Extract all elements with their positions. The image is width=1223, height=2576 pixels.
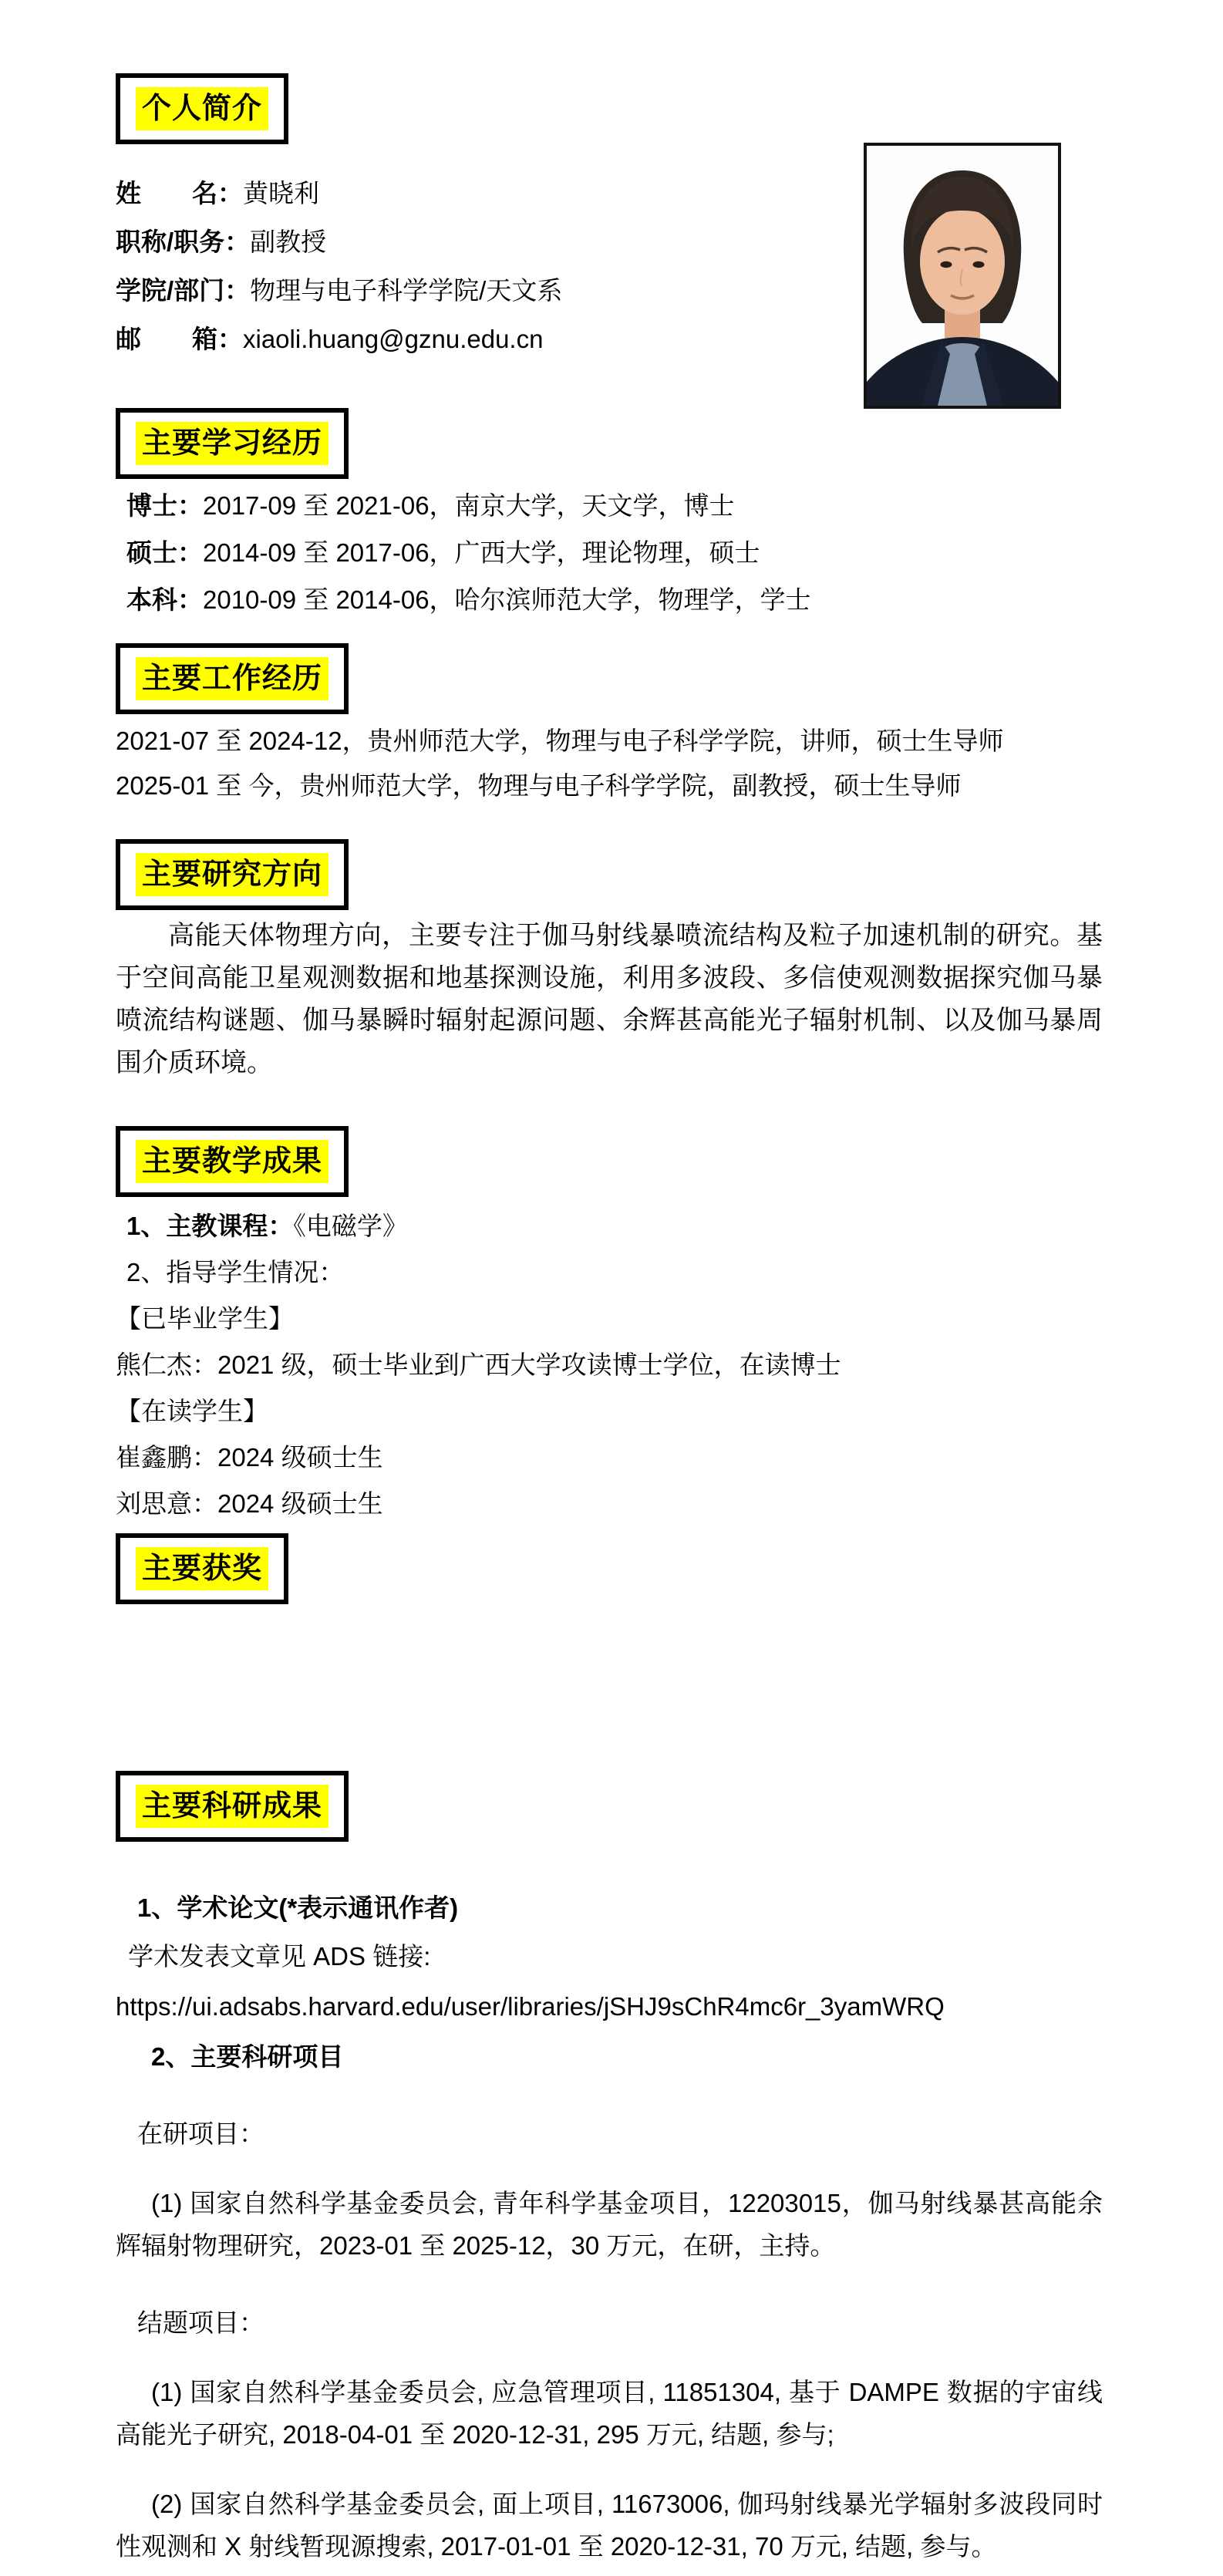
graduated-student: 熊仁杰：2021 级，硕士毕业到广西大学攻读博士学位，在读博士 xyxy=(116,1342,1103,1388)
completed-projects-label: 结题项目： xyxy=(116,2301,1103,2344)
section-title-teaching: 主要教学成果 xyxy=(136,1140,328,1183)
teaching-course-line: 1、主教课程：《电磁学》 xyxy=(116,1203,1103,1249)
section-box-work: 主要工作经历 xyxy=(116,643,349,714)
research-output: 1、学术论文(*表示通讯作者) 学术发表文章见 ADS 链接: https://… xyxy=(116,1886,1103,2568)
graduated-header: 【已毕业学生】 xyxy=(116,1296,1103,1342)
education-list: 博士：2017-09 至 2021-06，南京大学，天文学，博士 硕士：2014… xyxy=(116,482,1103,623)
education-text: 2010-09 至 2014-06，哈尔滨师范大学，物理学，学士 xyxy=(203,585,811,614)
ads-link-label: 学术发表文章见 ADS 链接: xyxy=(116,1935,1103,1978)
education-text: 2014-09 至 2017-06，广西大学，理论物理，硕士 xyxy=(203,538,760,567)
info-label: 职称/职务： xyxy=(116,228,250,256)
ongoing-projects-label: 在研项目： xyxy=(116,2112,1103,2155)
personal-info: 姓 名：黄晓利 职称/职务：副教授 学院/部门：物理与电子科学学院/天文系 邮 … xyxy=(116,169,810,363)
ads-link[interactable]: https://ui.adsabs.harvard.edu/user/libra… xyxy=(116,1985,1103,2028)
projects-heading: 2、主要科研项目 xyxy=(116,2035,1103,2078)
work-row: 2021-07 至 2024-12，贵州师范大学，物理与电子科学学院，讲师，硕士… xyxy=(116,719,1103,764)
current-student: 崔鑫鹏：2024 级硕士生 xyxy=(116,1435,1103,1481)
research-direction-paragraph: 高能天体物理方向，主要专注于伽马射线暴喷流结构及粒子加速机制的研究。基于空间高能… xyxy=(116,915,1103,1084)
papers-heading: 1、学术论文(*表示通讯作者) xyxy=(116,1886,1103,1929)
info-label: 学院/部门： xyxy=(116,276,250,305)
info-row-title: 职称/职务：副教授 xyxy=(116,217,810,266)
education-label: 硕士： xyxy=(126,538,203,567)
info-value-email: xiaoli.huang@gznu.edu.cn xyxy=(243,325,543,353)
info-row-email: 邮 箱：xiaoli.huang@gznu.edu.cn xyxy=(116,315,810,363)
info-row-department: 学院/部门：物理与电子科学学院/天文系 xyxy=(116,266,810,315)
section-box-research-direction: 主要研究方向 xyxy=(116,839,349,910)
completed-project: (2) 国家自然科学基金委员会, 面上项目, 11673006, 伽玛射线暴光学… xyxy=(116,2483,1103,2568)
teaching-list: 1、主教课程：《电磁学》 2、指导学生情况： 【已毕业学生】 熊仁杰：2021 … xyxy=(116,1203,1103,1527)
info-value: 副教授 xyxy=(250,228,326,256)
section-title-profile: 个人简介 xyxy=(136,87,268,130)
section-box-profile: 个人简介 xyxy=(116,73,288,144)
education-label: 本科： xyxy=(126,585,203,614)
course-label: 1、主教课程： xyxy=(126,1212,293,1240)
section-title-research-direction: 主要研究方向 xyxy=(136,853,328,896)
current-student: 刘思意：2024 级硕士生 xyxy=(116,1481,1103,1527)
education-row: 博士：2017-09 至 2021-06，南京大学，天文学，博士 xyxy=(116,482,1103,529)
ongoing-project: (1) 国家自然科学基金委员会, 青年科学基金项目，12203015，伽马射线暴… xyxy=(116,2182,1103,2267)
education-row: 硕士：2014-09 至 2017-06，广西大学，理论物理，硕士 xyxy=(116,529,1103,576)
faculty-profile-page: 个人简介 姓 名：黄晓利 职称/职务：副教授 学院/部门：物理与电子科学学院/天… xyxy=(0,0,1223,2568)
section-box-education: 主要学习经历 xyxy=(116,408,349,479)
section-box-research-output: 主要科研成果 xyxy=(116,1771,349,1842)
education-row: 本科：2010-09 至 2014-06，哈尔滨师范大学，物理学，学士 xyxy=(116,576,1103,623)
info-label: 姓 名： xyxy=(116,179,243,207)
info-label: 邮 箱： xyxy=(116,325,243,353)
current-header: 【在读学生】 xyxy=(116,1388,1103,1435)
info-value: 黄晓利 xyxy=(243,179,319,207)
portrait-illustration xyxy=(867,146,1058,406)
education-text: 2017-09 至 2021-06，南京大学，天文学，博士 xyxy=(203,491,735,520)
work-row: 2025-01 至 今，贵州师范大学，物理与电子科学学院，副教授，硕士生导师 xyxy=(116,764,1103,808)
info-row-name: 姓 名：黄晓利 xyxy=(116,169,810,217)
completed-project: (1) 国家自然科学基金委员会, 应急管理项目, 11851304, 基于 DA… xyxy=(116,2371,1103,2456)
info-value: 物理与电子科学学院/天文系 xyxy=(250,276,562,305)
section-box-teaching: 主要教学成果 xyxy=(116,1126,349,1197)
section-box-awards: 主要获奖 xyxy=(116,1533,288,1604)
profile-photo xyxy=(864,143,1061,409)
section-title-work: 主要工作经历 xyxy=(136,657,328,700)
section-title-awards: 主要获奖 xyxy=(136,1547,268,1590)
work-list: 2021-07 至 2024-12，贵州师范大学，物理与电子科学学院，讲师，硕士… xyxy=(116,719,1103,808)
students-heading: 2、指导学生情况： xyxy=(116,1249,1103,1296)
section-title-research-output: 主要科研成果 xyxy=(136,1785,328,1828)
section-title-education: 主要学习经历 xyxy=(136,422,328,465)
course-value: 《电磁学》 xyxy=(293,1212,408,1240)
education-label: 博士： xyxy=(126,491,203,520)
